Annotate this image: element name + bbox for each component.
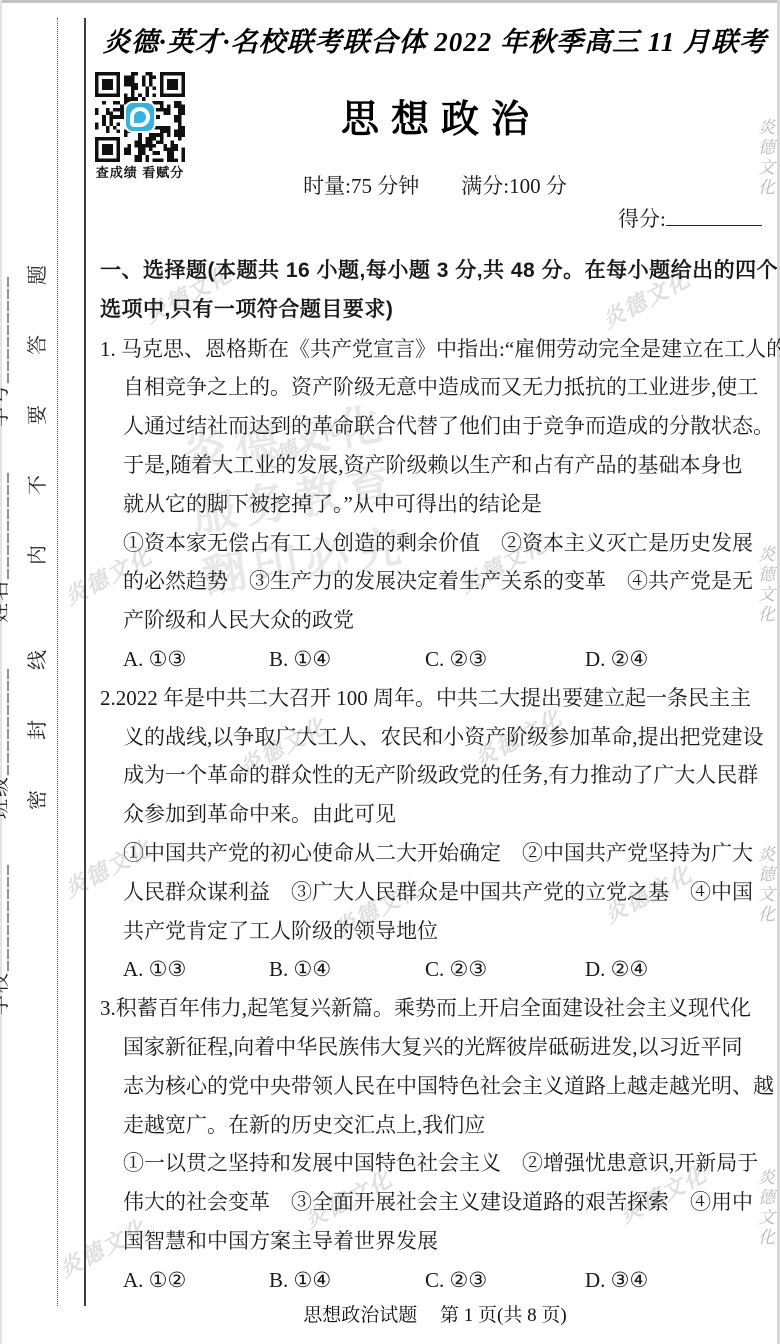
- page-footer: 思想政治试题 第 1 页(共 8 页): [90, 1300, 780, 1327]
- content-lines: 一、选择题(本题共 16 小题,每小题 3 分,共 48 分。在每小题给出的四个…: [100, 252, 776, 1300]
- choices-row-q3: A. ①②B. ①④C. ②③D. ③④: [100, 1261, 776, 1300]
- question-line: 伟大的社会变革 ③全面开展社会主义建设道路的艰苦探索 ④用中: [100, 1183, 776, 1222]
- choices-row-q1: A. ①③B. ①④C. ②③D. ②④: [100, 640, 776, 679]
- question-line: ①一以贯之坚持和发展中国特色社会主义 ②增强忧患意识,开新局于: [100, 1144, 776, 1183]
- question-line: 自相竞争之上的。资产阶级无意中造成而又无力抵抗的工业进步,使工: [100, 368, 776, 407]
- score-blank: [666, 205, 762, 226]
- seal-solid-line: [84, 18, 86, 1306]
- choice-option-D: D. ②④: [585, 640, 648, 679]
- question-line: 志为核心的党中央带领人民在中国特色社会主义道路上越走越光明、越: [100, 1067, 776, 1106]
- question-line: ①资本家无偿占有工人创造的剩余价值 ②资本主义灭亡是历史发展: [100, 524, 776, 563]
- choice-option-B: B. ①④: [269, 950, 331, 989]
- choice-option-C: C. ②③: [425, 950, 487, 989]
- question-line: 国家新征程,向着中华民族伟大复兴的光辉彼岸砥砺进发,以习近平同: [100, 1028, 776, 1067]
- question-line: 3.积蓄百年伟力,起笔复兴新篇。乘势而上开启全面建设社会主义现代化: [100, 989, 776, 1028]
- exam-league-title: 炎德·英才·名校联考联合体 2022 年秋季高三 11 月联考: [90, 20, 780, 59]
- question-line: 成为一个革命的群众性的无产阶级政党的任务,有力推动了广大人民群: [100, 756, 776, 795]
- section-header-line: 一、选择题(本题共 16 小题,每小题 3 分,共 48 分。在每小题给出的四个: [100, 252, 776, 291]
- choice-option-C: C. ②③: [425, 1261, 487, 1300]
- choices-row-q2: A. ①③B. ①④C. ②③D. ②④: [100, 950, 776, 989]
- exam-page: 炎德文化炎德文化炎德文化炎德文化炎德文化炎德文化炎德文化炎德文化炎德文化炎德文化…: [0, 0, 780, 1344]
- question-line: 的必然趋势 ③生产力的发展决定着生产关系的变革 ④共产党是无: [100, 562, 776, 601]
- choice-option-A: A. ①②: [123, 1261, 186, 1300]
- question-line: 众参加到革命中来。由此可见: [100, 795, 776, 834]
- seal-student-fields: 学校_________ 班级_________ 姓名_________ 学号__…: [0, 275, 14, 1015]
- score-field: 得分:: [618, 203, 762, 233]
- choice-option-C: C. ②③: [425, 640, 487, 679]
- choice-option-B: B. ①④: [269, 640, 331, 679]
- question-line: 2.2022 年是中共二大召开 100 周年。中共二大提出要建立起一条民主主: [100, 679, 776, 718]
- choice-option-D: D. ②④: [585, 950, 648, 989]
- scan-edge-top: [0, 0, 780, 3]
- question-line: 产阶级和人民大众的政党: [100, 601, 776, 640]
- question-line: 共产党肯定了工人阶级的领导地位: [100, 912, 776, 951]
- exam-meta: 时量:75 分钟 满分:100 分: [90, 170, 780, 200]
- question-line: ①中国共产党的初心使命从二大开始确定 ②中国共产党坚持为广大: [100, 834, 776, 873]
- choice-option-B: B. ①④: [269, 1261, 331, 1300]
- question-line: 义的战线,以争取广大工人、农民和小资产阶级参加革命,提出把党建设: [100, 718, 776, 757]
- footer-doc-label: 思想政治试题: [303, 1305, 417, 1326]
- footer-page-label: 第 1 页(共 8 页): [440, 1305, 567, 1326]
- question-line: 国智慧和中国方案主导着世界发展: [100, 1222, 776, 1261]
- subject-title: 思想政治: [90, 88, 780, 143]
- question-line: 于是,随着大工业的发展,资产阶级赖以生产和占有产品的基础本身也: [100, 446, 776, 485]
- question-line: 1. 马克思、恩格斯在《共产党宣言》中指出:“雇佣劳动完全是建立在工人的: [100, 330, 776, 369]
- choice-option-A: A. ①③: [123, 640, 186, 679]
- score-label: 得分:: [618, 207, 666, 231]
- question-line: 人民群众谋利益 ③广大人民群众是中国共产党的立党之基 ④中国: [100, 873, 776, 912]
- choice-option-D: D. ③④: [585, 1261, 648, 1300]
- question-line: 就从它的脚下被挖掉了。”从中可得出的结论是: [100, 485, 776, 524]
- choice-option-A: A. ①③: [123, 950, 186, 989]
- seal-dotted-line: [57, 18, 58, 1306]
- seal-instruction: 密 封 线 内 不 要 答 题: [24, 250, 52, 810]
- question-line: 走越宽广。在新的历史交汇点上,我们应: [100, 1106, 776, 1145]
- question-line: 人通过结社而达到的革命联合代替了他们由于竞争而造成的分散状态。: [100, 407, 776, 446]
- section-header-line: 选项中,只有一项符合题目要求): [100, 291, 776, 330]
